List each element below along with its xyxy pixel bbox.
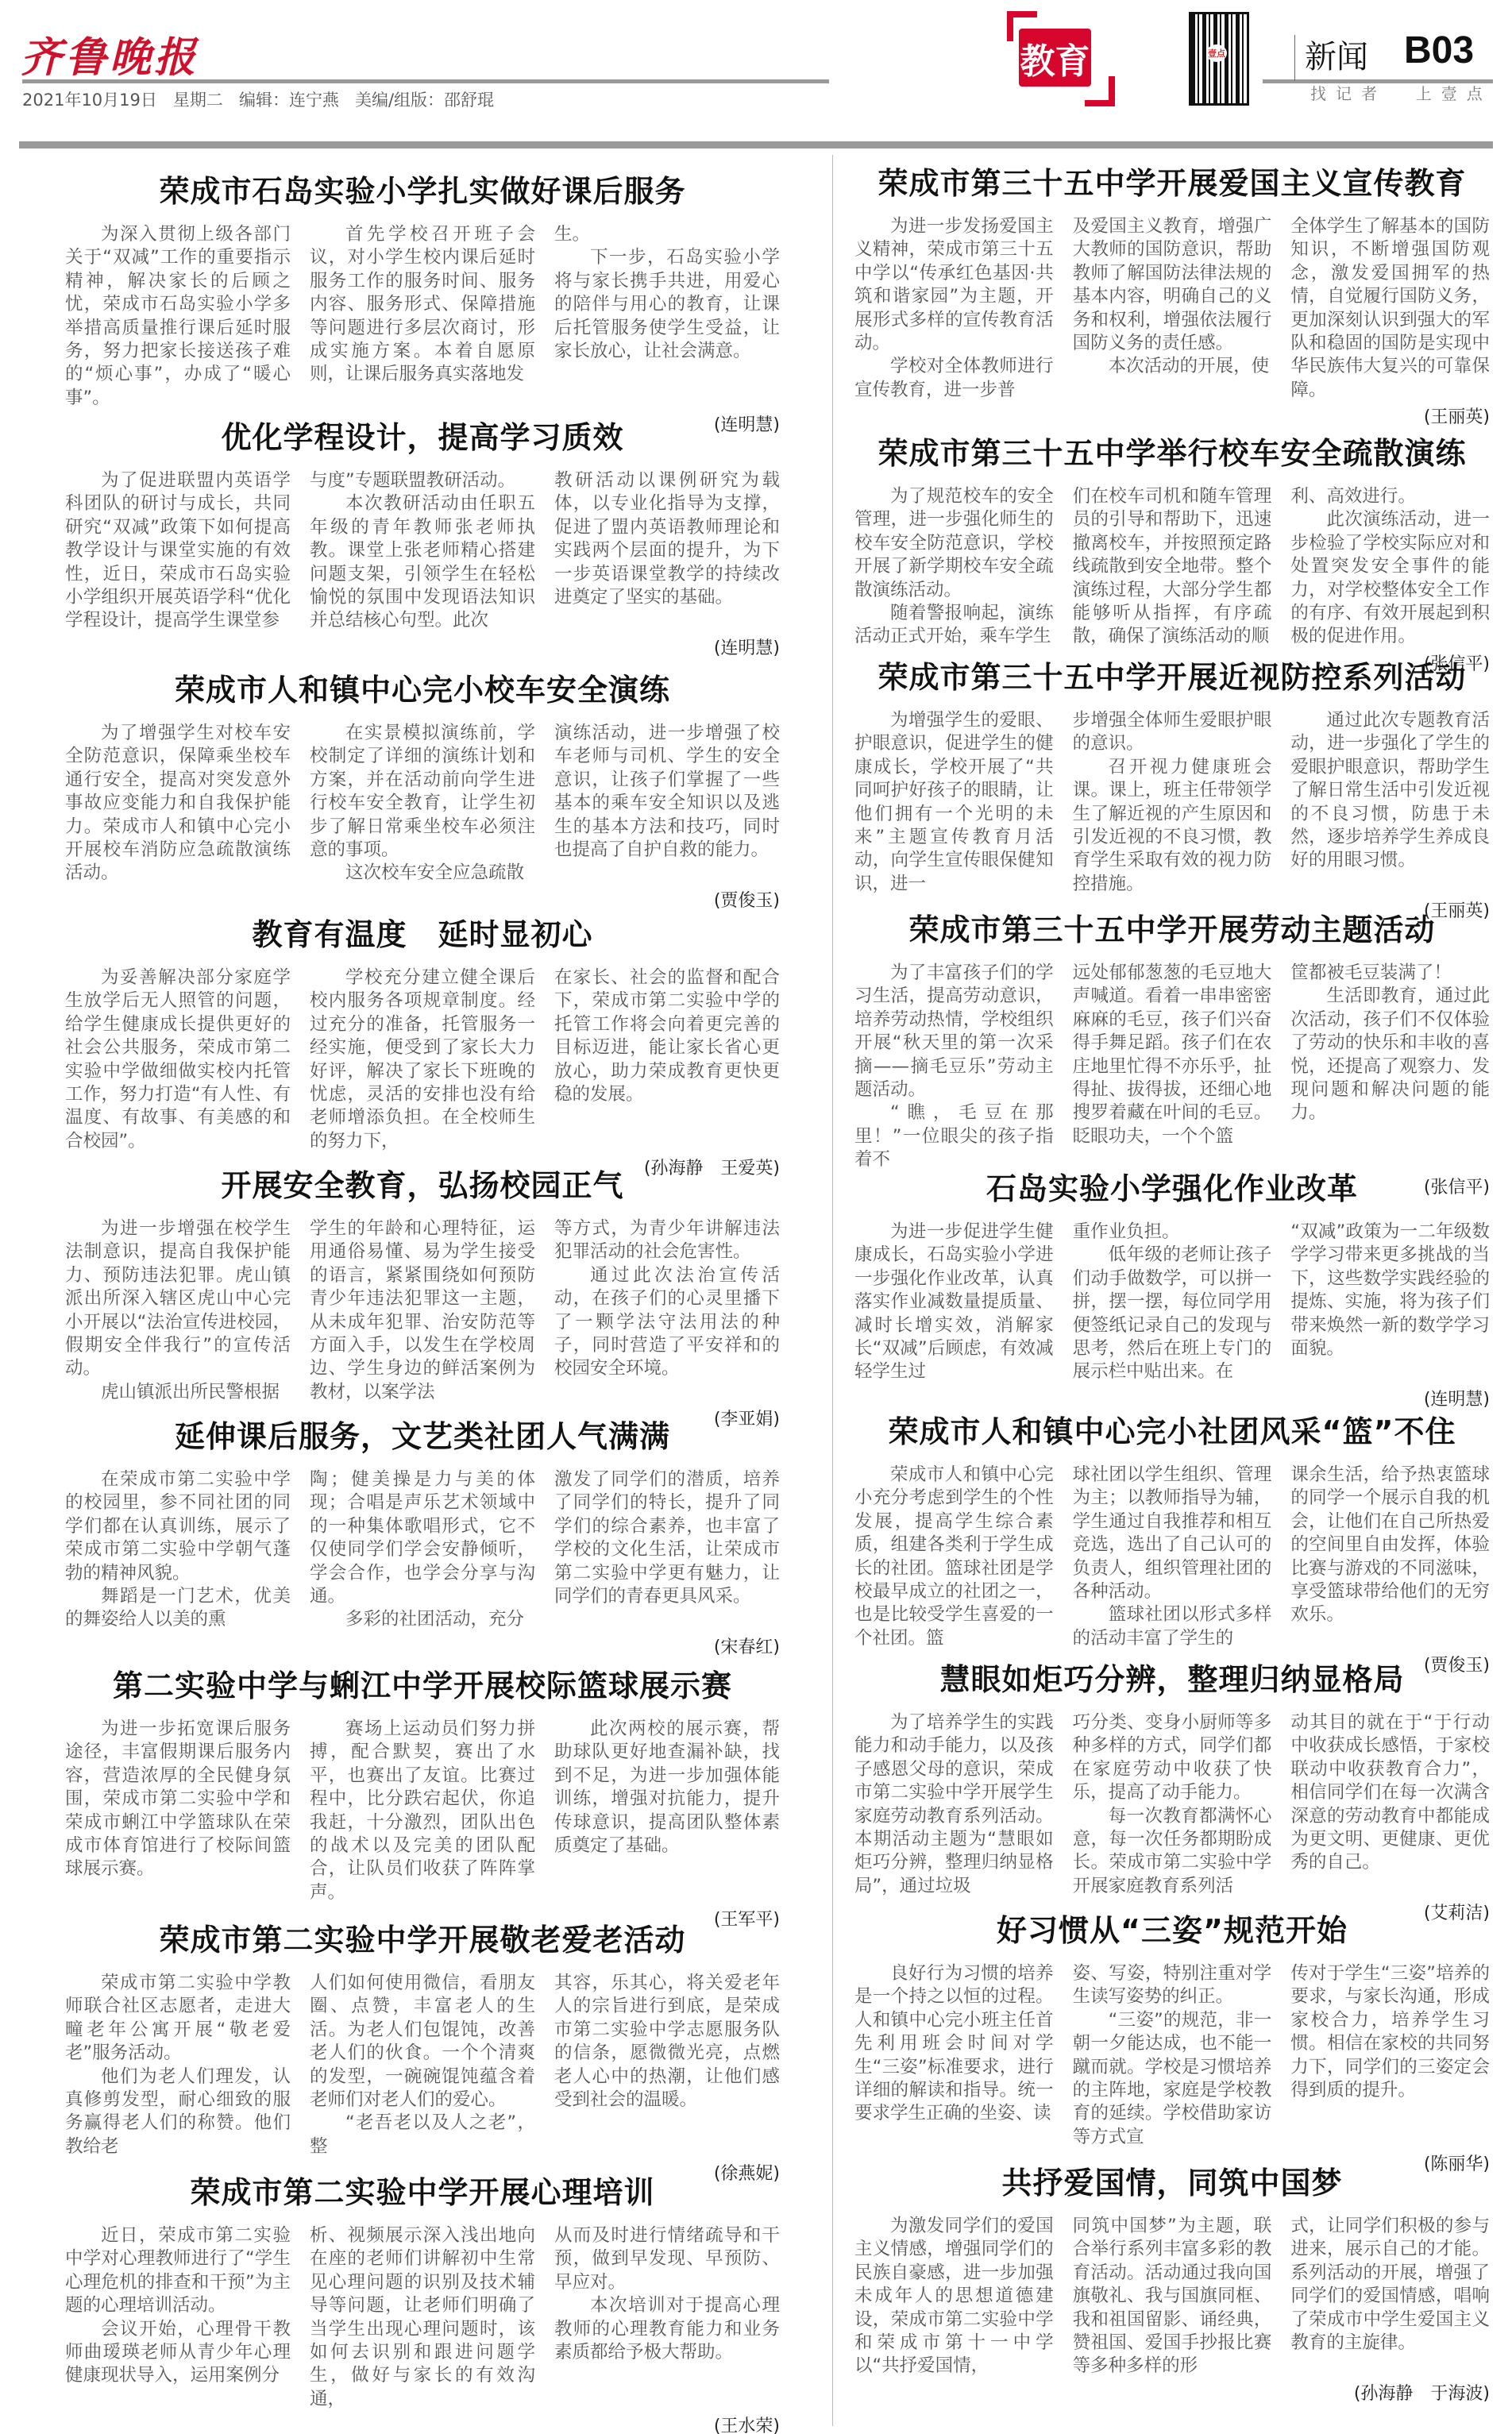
article-headline: 共抒爱国情，同筑中国梦	[854, 2158, 1490, 2202]
paragraph: 低年级的老师让孩子们动手做数学，可以拼一拼，摆一摆，每位同学用便签纸记录自己的发…	[1073, 1244, 1272, 1383]
paragraph: 课余生活，给予热衷篮球的同学一个展示自我的机会，让他们在自己所热爱的空间里自由发…	[1290, 1464, 1490, 1627]
article-headline: 荣成市人和镇中心完小校车安全演练	[65, 665, 780, 709]
article: 教育有温度 延时显初心 为妥善解决部分家庭学生放学后无人照管的问题，给学生健康成…	[65, 910, 780, 1179]
text-column: 利、高效进行。此次演练活动，进一步检验了学校实际应对和处置突发安全事件的能力，对…	[1290, 485, 1490, 649]
paragraph: 球社团以学生组织、管理为主；以教师指导为辅，学生通过自我推荐和相互竞选，选出了自…	[1073, 1464, 1272, 1603]
paragraph: 近日，荣成市第二实验中学对心理教师进行了“学生心理危机的排查和干预”为主题的心理…	[65, 2224, 291, 2318]
paragraph: 为进一步增强在校学生法制意识，提高自我保护能力、预防违法犯罪。虎山镇派出所深入辖…	[65, 1217, 291, 1381]
paragraph: 人们如何使用微信，看朋友圈、点赞，丰富老人的生活。为老人们包馄饨，改善老人们的伙…	[310, 1972, 535, 2112]
paragraph: 传对于学生“三姿”培养的要求，与家长沟通，形成家校合力，培养学生习惯。相信在家校…	[1290, 1962, 1490, 2102]
paragraph: 教研活动以课例研究为载体，以专业化指导为支撑，促进了盟内英语教师理论和实践两个层…	[554, 469, 780, 609]
article-headline: 优化学程设计，提高学习质效	[65, 413, 780, 457]
header-rule	[22, 79, 829, 83]
article: 好习惯从“三姿”规范开始 良好行为习惯的培养是一个持之以恒的过程。人和镇中心完小…	[854, 1906, 1490, 2175]
text-column: 球社团以学生组织、管理为主；以教师指导为辅，学生通过自我推荐和相互竞选，选出了自…	[1073, 1464, 1272, 1650]
text-column: 式，让同学们积极的参与进来，展示自己的才能。系列活动的开展，增强了同学们的爱国情…	[1290, 2215, 1490, 2378]
article-byline: (贾俊玉)	[65, 887, 780, 912]
paragraph: 为进一步拓宽课后服务途径，丰富假期课后服务内容，营造浓厚的全民健身氛围，荣成市第…	[65, 1718, 291, 1881]
divider	[1294, 35, 1295, 81]
paragraph: 荣成市第二实验中学教师联合社区志愿者，走进大疃老年公寓开展“敬老爱老”服务活动。	[65, 1972, 291, 2066]
paragraph: 首先学校召开班子会议，对小学生校内课后延时服务工作的服务时间、服务内容、服务形式…	[310, 223, 535, 387]
text-column: 与度”专题联盟教研活动。本次教研活动由任职五年级的青年教师张老师执教。课堂上张老…	[310, 469, 535, 633]
paragraph: 步增强全体师生爱眼护眼的意识。	[1073, 709, 1272, 756]
paragraph: 下一步，石岛实验小学将与家长携手共进，用爱心的陪伴与用心的教育，让课后托管服务使…	[554, 246, 780, 363]
text-column: 其容，乐其心，将关爱老年人的宗旨进行到底，是荣成市第二实验中学志愿服务队的信条，…	[554, 1972, 780, 2158]
paragraph: 本次教研活动由任职五年级的青年教师张老师执教。课堂上张老师精心搭建问题支架，引领…	[310, 492, 535, 632]
article: 荣成市第三十五中学举行校车安全疏散演练 为了规范校车的安全管理，进一步强化师生的…	[854, 429, 1490, 675]
article: 慧眼如炬巧分辨，整理归纳显格局 为了培养学生的实践能力和动手能力，以及孩子感恩父…	[854, 1655, 1490, 1924]
article-headline: 荣成市第三十五中学开展劳动主题活动	[854, 905, 1490, 949]
article-headline: 荣成市第三十五中学开展爱国主义宣传教育	[854, 159, 1490, 203]
text-column: 析、视频展示深入浅出地向在座的老师们讲解初中生常见心理问题的识别及技术辅导等问题…	[310, 2224, 535, 2411]
paragraph: 随着警报响起，演练活动正式开始，乘车学生	[854, 602, 1054, 649]
slogan: 找记者 上壹点	[1310, 81, 1492, 104]
paragraph: 其容，乐其心，将关爱老年人的宗旨进行到底，是荣成市第二实验中学志愿服务队的信条，…	[554, 1972, 780, 2112]
article-body: 为了规范校车的安全管理，进一步强化师生的校车安全防范意识，学校开展了新学期校车安…	[854, 485, 1490, 649]
paragraph: 本次培训对于提高心理教师的心理教育能力和业务素质都给予极大帮助。	[554, 2294, 780, 2364]
text-column: 赛场上运动员们努力拼搏，配合默契，赛出了水平，也赛出了友谊。比赛过程中，比分跌宕…	[310, 1718, 535, 1904]
text-column: 此次两校的展示赛，帮助球队更好地查漏补缺，找到不足，为进一步加强体能训练，增强对…	[554, 1718, 780, 1904]
paragraph: 篮球社团以形式多样的活动丰富了学生的	[1073, 1603, 1272, 1650]
section-tag: 教育	[1019, 29, 1091, 87]
paragraph: 远处郁郁葱葱的毛豆地大声喊道。看着一串串密密麻麻的毛豆，孩子们兴奋得手舞足蹈。孩…	[1073, 962, 1272, 1148]
text-column: 全体学生了解基本的国防知识，不断增强国防观念，激发爱国拥军的热情，自觉履行国防义…	[1290, 215, 1490, 402]
paragraph: 全体学生了解基本的国防知识，不断增强国防观念，激发爱国拥军的热情，自觉履行国防义…	[1290, 215, 1490, 402]
text-column: 教研活动以课例研究为载体，以专业化指导为支撑，促进了盟内英语教师理论和实践两个层…	[554, 469, 780, 633]
paragraph: 从而及时进行情绪疏导和干预，做到早发现、早预防、早应对。	[554, 2224, 780, 2294]
paragraph: 在荣成市第二实验中学的校园里，参不同社团的同学们都在认真训练，展示了荣成市第二实…	[65, 1468, 291, 1585]
paragraph: “瞧，毛豆在那里！”一位眼尖的孩子指着不	[854, 1101, 1054, 1171]
text-column: 近日，荣成市第二实验中学对心理教师进行了“学生心理危机的排查和干预”为主题的心理…	[65, 2224, 291, 2411]
paragraph: 在实景模拟演练前，学校制定了详细的演练计划和方案，并在活动前向学生进行校车安全教…	[310, 722, 535, 862]
text-column: 为了促进联盟内英语学科团队的研讨与成长，共同研究“双减”政策下如何提高教学设计与…	[65, 469, 291, 633]
article: 开展安全教育，弘扬校园正气 为进一步增强在校学生法制意识，提高自我保护能力、预防…	[65, 1161, 780, 1430]
article: 荣成市第二实验中学开展敬老爱老活动 荣成市第二实验中学教师联合社区志愿者，走进大…	[65, 1915, 780, 2185]
article-byline: (王水荣)	[65, 2413, 780, 2434]
paragraph: 为深入贯彻上级各部门关于“双减”工作的重要指示精神，解决家长的后顾之忧，荣成市石…	[65, 223, 291, 410]
paragraph: 舞蹈是一门艺术，优美的舞姿给人以美的熏	[65, 1585, 291, 1632]
corner-bracket-icon	[1085, 76, 1115, 106]
paragraph: 为了增强学生对校车安全防范意识，保障乘坐校车通行安全，提高对突发意外事故应变能力…	[65, 722, 291, 885]
article: 第二实验中学与蜊江中学开展校际篮球展示赛 为进一步拓宽课后服务途径，丰富假期课后…	[65, 1661, 780, 1931]
text-column: 陶；健美操是力与美的体现；合唱是声乐艺术领域中的一种集体歌唱形式，它不仅使同学们…	[310, 1468, 535, 1632]
text-column: 步增强全体师生爱眼护眼的意识。召开视力健康班会课。课上，班主任带领学生了解近视的…	[1073, 709, 1272, 896]
text-column: 学校充分建立健全课后校内服务各项规章制度。经过充分的准备，托管服务一经实施，便受…	[310, 966, 535, 1153]
article: 荣成市人和镇中心完小校车安全演练 为了增强学生对校车安全防范意识，保障乘坐校车通…	[65, 665, 780, 912]
article-headline: 荣成市第二实验中学开展敬老爱老活动	[65, 1915, 780, 1959]
text-column: 在实景模拟演练前，学校制定了详细的演练计划和方案，并在活动前向学生进行校车安全教…	[310, 722, 535, 885]
paragraph: 召开视力健康班会课。课上，班主任带领学生了解近视的产生原因和引发近视的不良习惯，…	[1073, 756, 1272, 896]
paragraph: 为了培养学生的实践能力和动手能力，以及孩子感恩父母的意识，荣成市第二实验中学开展…	[854, 1711, 1054, 1898]
paragraph: “老吾老以及人之老”，整	[310, 2112, 535, 2158]
paragraph: 筐都被毛豆装满了！	[1290, 962, 1490, 985]
paragraph: “双减”政策为一二年级数学学习带来更多挑战的当下，这些数学实践经验的提炼、实施，…	[1290, 1221, 1490, 1360]
text-column: 动其目的就在于“于行动中收获成长感悟，于家校联动中收获教育合力”，相信同学们在每…	[1290, 1711, 1490, 1898]
article-byline: (王丽英)	[854, 403, 1490, 428]
article-headline: 荣成市石岛实验小学扎实做好课后服务	[65, 167, 780, 210]
article-body: 近日，荣成市第二实验中学对心理教师进行了“学生心理危机的排查和干预”为主题的心理…	[65, 2224, 780, 2411]
paragraph: 在家长、社会的监督和配合下，荣成市第二实验中学的托管工作将会向着更完善的目标迈进…	[554, 966, 780, 1106]
article-body: 为进一步拓宽课后服务途径，丰富假期课后服务内容，营造浓厚的全民健身氛围，荣成市第…	[65, 1718, 780, 1904]
paragraph: 姿、写姿，特别注重对学生读写姿势的纠正。	[1073, 1962, 1272, 2009]
paragraph: 及爱国主义教育，增强广大教师的国防意识，帮助教师了解国防法律法规的基本内容，明确…	[1073, 215, 1272, 355]
paragraph: 巧分类、变身小厨师等多种多样的方式，同学们都在家庭劳动中收获了快乐，提高了动手能…	[1073, 1711, 1272, 1805]
paragraph: 会议开始，心理骨干教师曲瑷瑛老师从青少年心理健康现状导入，运用案例分	[65, 2318, 291, 2388]
article: 共抒爱国情，同筑中国梦 为激发同学们的爱国主义情感，增强同学们的民族自豪感，进一…	[854, 2158, 1490, 2405]
text-column: 在家长、社会的监督和配合下，荣成市第二实验中学的托管工作将会向着更完善的目标迈进…	[554, 966, 780, 1153]
text-column: 同筑中国梦”为主题，联合举行系列丰富多彩的教育活动。活动通过我向国旗敬礼、我与国…	[1073, 2215, 1272, 2378]
article-headline: 慧眼如炬巧分辨，整理归纳显格局	[854, 1655, 1490, 1699]
text-column: 荣成市第二实验中学教师联合社区志愿者，走进大疃老年公寓开展“敬老爱老”服务活动。…	[65, 1972, 291, 2158]
article-headline: 延伸课后服务，文艺类社团人气满满	[65, 1412, 780, 1456]
text-column: 为进一步促进学生健康成长，石岛实验小学进一步强化作业改革，认真落实作业减数量提质…	[854, 1221, 1054, 1384]
paragraph: 生。	[554, 223, 780, 246]
paragraph: 通过此次专题教育活动，进一步强化了学生的爱眼护眼意识，帮助学生了解日常生活中引发…	[1290, 709, 1490, 873]
paragraph: 学校充分建立健全课后校内服务各项规章制度。经过充分的准备，托管服务一经实施，便受…	[310, 966, 535, 1153]
text-column: 为了增强学生对校车安全防范意识，保障乘坐校车通行安全，提高对突发意外事故应变能力…	[65, 722, 291, 885]
paragraph: 为了促进联盟内英语学科团队的研讨与成长，共同研究“双减”政策下如何提高教学设计与…	[65, 469, 291, 633]
paragraph: 等方式，为青少年讲解违法犯罪活动的社会危害性。	[554, 1217, 780, 1264]
paragraph: 他们为老人们理发，认真修剪发型，耐心细致的服务赢得老人们的称赞。他们教给老	[65, 2066, 291, 2159]
text-column: 为了丰富孩子们的学习生活，提高劳动意识，培养劳动热情，学校组织开展“秋天里的第一…	[854, 962, 1054, 1172]
text-column: 为深入贯彻上级各部门关于“双减”工作的重要指示精神，解决家长的后顾之忧，荣成市石…	[65, 223, 291, 410]
article-headline: 好习惯从“三姿”规范开始	[854, 1906, 1490, 1950]
text-column: 传对于学生“三姿”培养的要求，与家长沟通，形成家校合力，培养学生习惯。相信在家校…	[1290, 1962, 1490, 2149]
paragraph: 动其目的就在于“于行动中收获成长感悟，于家校联动中收获教育合力”，相信同学们在每…	[1290, 1711, 1490, 1875]
paragraph: 此次两校的展示赛，帮助球队更好地查漏补缺，找到不足，为进一步加强体能训练，增强对…	[554, 1718, 780, 1857]
article-headline: 第二实验中学与蜊江中学开展校际篮球展示赛	[65, 1661, 780, 1705]
paragraph: 生活即教育，通过此次活动，孩子们不仅体验了劳动的快乐和丰收的喜悦，还提高了观察力…	[1290, 985, 1490, 1124]
paragraph: 利、高效进行。	[1290, 485, 1490, 508]
article-body: 良好行为习惯的培养是一个持之以恒的过程。人和镇中心完小班主任首先利用班会时间对学…	[854, 1962, 1490, 2149]
page-section: 新闻	[1305, 32, 1368, 77]
paragraph: 为激发同学们的爱国主义情感，增强同学们的民族自豪感，进一步加强未成年人的思想道德…	[854, 2215, 1054, 2378]
text-column: 远处郁郁葱葱的毛豆地大声喊道。看着一串串密密麻麻的毛豆，孩子们兴奋得手舞足蹈。孩…	[1073, 962, 1272, 1172]
article: 荣成市第三十五中学开展近视防控系列活动 为增强学生的爱眼、护眼意识，促进学生的健…	[854, 653, 1490, 922]
article: 优化学程设计，提高学习质效 为了促进联盟内英语学科团队的研讨与成长，共同研究“双…	[65, 413, 780, 659]
article-headline: 教育有温度 延时显初心	[65, 910, 780, 954]
paragraph: 为妥善解决部分家庭学生放学后无人照管的问题，给学生健康成长提供更好的社会公共服务…	[65, 966, 291, 1153]
article-byline: (连明慧)	[65, 635, 780, 659]
newspaper-logo: 齐鲁晚报	[21, 24, 199, 83]
paragraph: 这次校车安全应急疏散	[310, 862, 535, 885]
article-body: 荣成市第二实验中学教师联合社区志愿者，走进大疃老年公寓开展“敬老爱老”服务活动。…	[65, 1972, 780, 2158]
text-column: 首先学校召开班子会议，对小学生校内课后延时服务工作的服务时间、服务内容、服务形式…	[310, 223, 535, 410]
paragraph: 析、视频展示深入浅出地向在座的老师们讲解初中生常见心理问题的识别及技术辅导等问题…	[310, 2224, 535, 2411]
text-column: 荣成市人和镇中心完小充分考虑到学生的个性发展，提高学生综合素质，组建各类利于学生…	[854, 1464, 1054, 1650]
article-byline: (孙海静 于海波)	[854, 2380, 1490, 2405]
paragraph: 为进一步促进学生健康成长，石岛实验小学进一步强化作业改革，认真落实作业减数量提质…	[854, 1221, 1054, 1384]
paragraph: 荣成市人和镇中心完小充分考虑到学生的个性发展，提高学生综合素质，组建各类利于学生…	[854, 1464, 1054, 1650]
paragraph: 同筑中国梦”为主题，联合举行系列丰富多彩的教育活动。活动通过我向国旗敬礼、我与国…	[1073, 2215, 1272, 2378]
article-body: 为进一步促进学生健康成长，石岛实验小学进一步强化作业改革，认真落实作业减数量提质…	[854, 1221, 1490, 1384]
article-body: 荣成市人和镇中心完小充分考虑到学生的个性发展，提高学生综合素质，组建各类利于学生…	[854, 1464, 1490, 1650]
text-column: 为进一步拓宽课后服务途径，丰富假期课后服务内容，营造浓厚的全民健身氛围，荣成市第…	[65, 1718, 291, 1904]
text-column: 从而及时进行情绪疏导和干预，做到早发现、早预防、早应对。本次培训对于提高心理教师…	[554, 2224, 780, 2411]
article-body: 为了丰富孩子们的学习生活，提高劳动意识，培养劳动热情，学校组织开展“秋天里的第一…	[854, 962, 1490, 1172]
top-bar	[19, 141, 1493, 149]
article-body: 为进一步发扬爱国主义精神，荣成市第三十五中学以“传承红色基因·共筑和谐家园”为主…	[854, 215, 1490, 402]
article-body: 为深入贯彻上级各部门关于“双减”工作的重要指示精神，解决家长的后顾之忧，荣成市石…	[65, 223, 780, 410]
paragraph: “三姿”的规范，非一朝一夕能达成，也不能一蹴而就。学校是习惯培养的主阵地，家庭是…	[1073, 2009, 1272, 2149]
paragraph: 们在校车司机和随车管理员的引导和帮助下，迅速撤离校车，并按照预定路线疏散到安全地…	[1073, 485, 1272, 649]
paragraph: 与度”专题联盟教研活动。	[310, 469, 535, 492]
paragraph: 每一次教育都满怀心意，每一次任务都期盼成长。荣成市第二实验中学开展家庭教育系列活	[1073, 1805, 1272, 1899]
paragraph: 赛场上运动员们努力拼搏，配合默契，赛出了水平，也赛出了友谊。比赛过程中，比分跌宕…	[310, 1718, 535, 1904]
article-body: 为进一步增强在校学生法制意识，提高自我保护能力、预防违法犯罪。虎山镇派出所深入辖…	[65, 1217, 780, 1404]
paragraph: 虎山镇派出所民警根据	[65, 1381, 291, 1404]
article-body: 在荣成市第二实验中学的校园里，参不同社团的同学们都在认真训练，展示了荣成市第二实…	[65, 1468, 780, 1632]
article-body: 为妥善解决部分家庭学生放学后无人照管的问题，给学生健康成长提供更好的社会公共服务…	[65, 966, 780, 1153]
text-column: 筐都被毛豆装满了！生活即教育，通过此次活动，孩子们不仅体验了劳动的快乐和丰收的喜…	[1290, 962, 1490, 1172]
paragraph: 本次活动的开展，使	[1073, 355, 1272, 378]
article-headline: 荣成市第二实验中学开展心理培训	[65, 2168, 780, 2212]
text-column: 良好行为习惯的培养是一个持之以恒的过程。人和镇中心完小班主任首先利用班会时间对学…	[854, 1962, 1054, 2149]
paragraph: 学生的年龄和心理特征，运用通俗易懂、易为学生接受的语言，紧紧围绕如何预防青少年违…	[310, 1217, 535, 1404]
paragraph: 为增强学生的爱眼、护眼意识，促进学生的健康成长，学校开展了“共同呵护好孩子的眼睛…	[854, 709, 1054, 896]
paragraph: 为了丰富孩子们的学习生活，提高劳动意识，培养劳动热情，学校组织开展“秋天里的第一…	[854, 962, 1054, 1101]
text-column: 为增强学生的爱眼、护眼意识，促进学生的健康成长，学校开展了“共同呵护好孩子的眼睛…	[854, 709, 1054, 896]
text-column: 人们如何使用微信，看朋友圈、点赞，丰富老人的生活。为老人们包馄饨，改善老人们的伙…	[310, 1972, 535, 2158]
masthead: 齐鲁晚报 2021年10月19日 星期二 编辑：连宁燕 美编/组版：邵舒琨 教育…	[0, 0, 1512, 143]
text-column: 为妥善解决部分家庭学生放学后无人照管的问题，给学生健康成长提供更好的社会公共服务…	[65, 966, 291, 1153]
column-divider	[832, 155, 833, 2426]
text-column: 巧分类、变身小厨师等多种多样的方式，同学们都在家庭劳动中收获了快乐，提高了动手能…	[1073, 1711, 1272, 1898]
text-column: 为激发同学们的爱国主义情感，增强同学们的民族自豪感，进一步加强未成年人的思想道德…	[854, 2215, 1054, 2378]
text-column: 重作业负担。低年级的老师让孩子们动手做数学，可以拼一拼，摆一摆，每位同学用便签纸…	[1073, 1221, 1272, 1384]
article-body: 为了增强学生对校车安全防范意识，保障乘坐校车通行安全，提高对突发意外事故应变能力…	[65, 722, 780, 885]
article-byline: (宋春红)	[65, 1634, 780, 1658]
text-column: 激发了同学们的潜质，培养了同学们的特长，提升了同学们的综合素养，也丰富了学校的文…	[554, 1468, 780, 1632]
dateline: 2021年10月19日 星期二 编辑：连宁燕 美编/组版：邵舒琨	[22, 87, 494, 111]
text-column: 通过此次专题教育活动，进一步强化了学生的爱眼护眼意识，帮助学生了解日常生活中引发…	[1290, 709, 1490, 896]
article-headline: 石岛实验小学强化作业改革	[854, 1164, 1490, 1208]
article: 延伸课后服务，文艺类社团人气满满 在荣成市第二实验中学的校园里，参不同社团的同学…	[65, 1412, 780, 1658]
page-number: B03	[1404, 29, 1474, 72]
article: 荣成市第三十五中学开展劳动主题活动 为了丰富孩子们的学习生活，提高劳动意识，培养…	[854, 905, 1490, 1198]
article: 荣成市石岛实验小学扎实做好课后服务 为深入贯彻上级各部门关于“双减”工作的重要指…	[65, 167, 780, 436]
text-column: 姿、写姿，特别注重对学生读写姿势的纠正。“三姿”的规范，非一朝一夕能达成，也不能…	[1073, 1962, 1272, 2149]
article-headline: 荣成市人和镇中心完小社团风采“篮”不住	[854, 1407, 1490, 1451]
article: 石岛实验小学强化作业改革 为进一步促进学生健康成长，石岛实验小学进一步强化作业改…	[854, 1164, 1490, 1410]
paragraph: 为进一步发扬爱国主义精神，荣成市第三十五中学以“传承红色基因·共筑和谐家园”为主…	[854, 215, 1054, 355]
article: 荣成市第三十五中学开展爱国主义宣传教育 为进一步发扬爱国主义精神，荣成市第三十五…	[854, 159, 1490, 428]
article-body: 为了促进联盟内英语学科团队的研讨与成长，共同研究“双减”政策下如何提高教学设计与…	[65, 469, 780, 633]
text-column: “双减”政策为一二年级数学学习带来更多挑战的当下，这些数学实践经验的提炼、实施，…	[1290, 1221, 1490, 1384]
qr-logo: 壹点	[1206, 44, 1227, 62]
text-column: 为了培养学生的实践能力和动手能力，以及孩子感恩父母的意识，荣成市第二实验中学开展…	[854, 1711, 1054, 1898]
article-headline: 荣成市第三十五中学开展近视防控系列活动	[854, 653, 1490, 696]
text-column: 及爱国主义教育，增强广大教师的国防意识，帮助教师了解国防法律法规的基本内容，明确…	[1073, 215, 1272, 402]
text-column: 在荣成市第二实验中学的校园里，参不同社团的同学们都在认真训练，展示了荣成市第二实…	[65, 1468, 291, 1632]
article: 荣成市人和镇中心完小社团风采“篮”不住 荣成市人和镇中心完小充分考虑到学生的个性…	[854, 1407, 1490, 1676]
paragraph: 为了规范校车的安全管理，进一步强化师生的校车安全防范意识，学校开展了新学期校车安…	[854, 485, 1054, 602]
paragraph: 通过此次法治宣传活动，在孩子们的心灵里播下了一颗学法守法用法的种子，同时营造了平…	[554, 1264, 780, 1381]
paragraph: 此次演练活动，进一步检验了学校实际应对和处置突发安全事件的能力，对学校整体安全工…	[1290, 508, 1490, 648]
article-headline: 荣成市第三十五中学举行校车安全疏散演练	[854, 429, 1490, 473]
text-column: 演练活动，进一步增强了校车老师与司机、学生的安全意识，让孩子们掌握了一些基本的乘…	[554, 722, 780, 885]
paragraph: 学校对全体教师进行宣传教育，进一步普	[854, 355, 1054, 402]
paragraph: 演练活动，进一步增强了校车老师与司机、学生的安全意识，让孩子们掌握了一些基本的乘…	[554, 722, 780, 862]
article-headline: 开展安全教育，弘扬校园正气	[65, 1161, 780, 1205]
text-column: 为了规范校车的安全管理，进一步强化师生的校车安全防范意识，学校开展了新学期校车安…	[854, 485, 1054, 649]
article-body: 为了培养学生的实践能力和动手能力，以及孩子感恩父母的意识，荣成市第二实验中学开展…	[854, 1711, 1490, 1898]
text-column: 们在校车司机和随车管理员的引导和帮助下，迅速撤离校车，并按照预定路线疏散到安全地…	[1073, 485, 1272, 649]
text-column: 生。下一步，石岛实验小学将与家长携手共进，用爱心的陪伴与用心的教育，让课后托管服…	[554, 223, 780, 410]
article-body: 为激发同学们的爱国主义情感，增强同学们的民族自豪感，进一步加强未成年人的思想道德…	[854, 2215, 1490, 2378]
paragraph: 式，让同学们积极的参与进来，展示自己的才能。系列活动的开展，增强了同学们的爱国情…	[1290, 2215, 1490, 2355]
paragraph: 多彩的社团活动，充分	[310, 1608, 535, 1631]
text-column: 学生的年龄和心理特征，运用通俗易懂、易为学生接受的语言，紧紧围绕如何预防青少年违…	[310, 1217, 535, 1404]
text-column: 为进一步增强在校学生法制意识，提高自我保护能力、预防违法犯罪。虎山镇派出所深入辖…	[65, 1217, 291, 1404]
paragraph: 重作业负担。	[1073, 1221, 1272, 1244]
paragraph: 激发了同学们的潜质，培养了同学们的特长，提升了同学们的综合素养，也丰富了学校的文…	[554, 1468, 780, 1608]
text-column: 等方式，为青少年讲解违法犯罪活动的社会危害性。通过此次法治宣传活动，在孩子们的心…	[554, 1217, 780, 1404]
article-body: 为增强学生的爱眼、护眼意识，促进学生的健康成长，学校开展了“共同呵护好孩子的眼睛…	[854, 709, 1490, 896]
article: 荣成市第二实验中学开展心理培训 近日，荣成市第二实验中学对心理教师进行了“学生心…	[65, 2168, 780, 2434]
paragraph: 陶；健美操是力与美的体现；合唱是声乐艺术领域中的一种集体歌唱形式，它不仅使同学们…	[310, 1468, 535, 1608]
paragraph: 良好行为习惯的培养是一个持之以恒的过程。人和镇中心完小班主任首先利用班会时间对学…	[854, 1962, 1054, 2126]
text-column: 为进一步发扬爱国主义精神，荣成市第三十五中学以“传承红色基因·共筑和谐家园”为主…	[854, 215, 1054, 402]
text-column: 课余生活，给予热衷篮球的同学一个展示自我的机会，让他们在自己所热爱的空间里自由发…	[1290, 1464, 1490, 1650]
